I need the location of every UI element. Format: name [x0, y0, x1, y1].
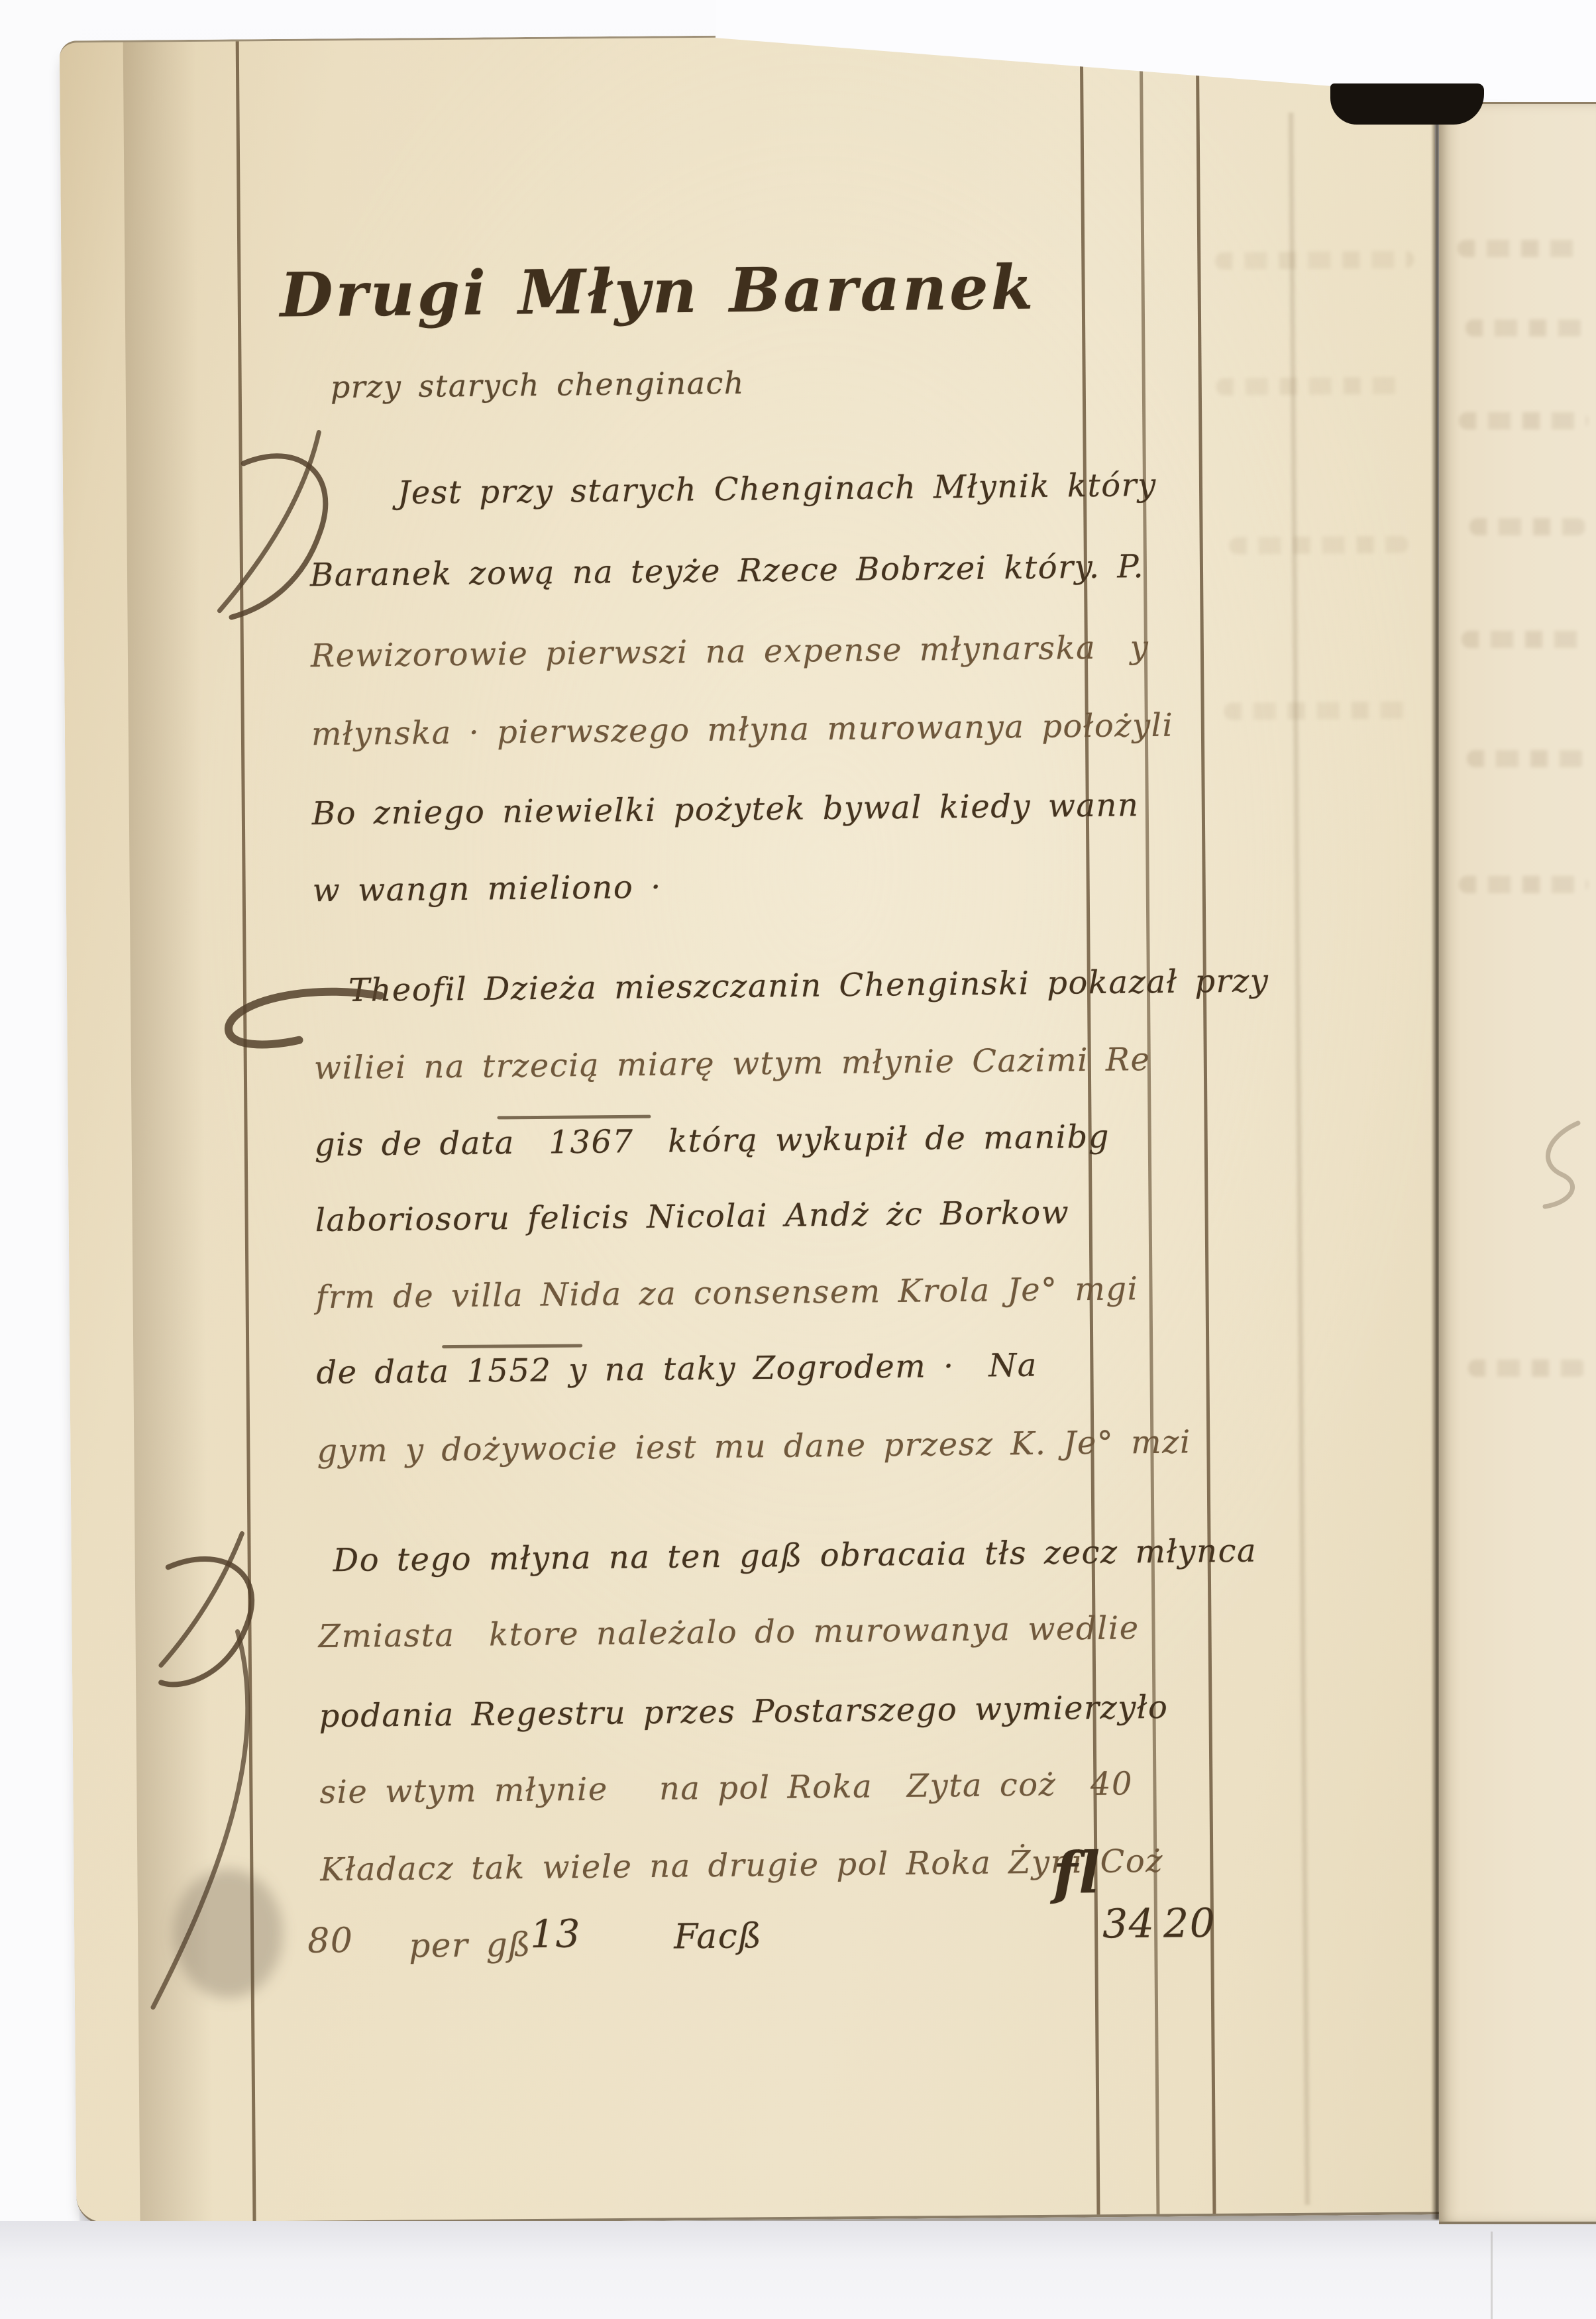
page-title: Drugi Młyn Baranek: [280, 253, 1036, 330]
total-quantity: 80: [307, 1921, 354, 1961]
bleedthrough-mark: [1462, 631, 1587, 648]
date-overline-1552: [442, 1344, 582, 1348]
ledger-rule-3: [1196, 34, 1216, 2214]
manuscript-scan: Drugi Młyn Baranek przy starych chengina…: [0, 0, 1596, 2319]
date-overline-1367: [497, 1115, 651, 1120]
page-subtitle: przy starych chenginach: [330, 363, 745, 407]
ledger-rule-2: [1140, 34, 1160, 2214]
next-page: [1439, 102, 1596, 2224]
bleedthrough-flourish: [1525, 1118, 1591, 1211]
manuscript-line: Jest przy starych Chenginach Młynik któr…: [398, 465, 1157, 513]
book-cover-edge: [1330, 83, 1484, 125]
manuscript-line: de data 1552 y na taky Zogrodem · Na: [316, 1346, 1037, 1393]
manuscript-line: młynska · pierwszego młyna murowanya poł…: [311, 706, 1174, 755]
manuscript-line: gis de data 1367 którą wykupił de manibg: [314, 1117, 1110, 1165]
bleedthrough-mark: [1224, 702, 1413, 720]
manuscript-line: Kładacz tak wiele na drugie pol Roka Żyn…: [320, 1841, 1163, 1890]
paragraph-mark-flourish: [205, 421, 365, 628]
ink-smudge: [173, 1868, 284, 1998]
bleedthrough-mark: [1459, 876, 1588, 893]
manuscript-line: podania Regestru przes Postarszego wymie…: [319, 1688, 1168, 1736]
manuscript-page: Drugi Młyn Baranek przy starych chengina…: [60, 30, 1452, 2225]
manuscript-line: gym y dożywocie iest mu dane przesz K. J…: [317, 1422, 1191, 1471]
manuscript-line: sie wtym młynie na pol Roka Zyta coż 40: [319, 1764, 1133, 1812]
manuscript-line: Zmiasta ktore należalo do murowanya wedl…: [318, 1608, 1140, 1656]
manuscript-line: Baranek zową na teyże Rzece Bobrzei któr…: [310, 547, 1145, 595]
bleedthrough-mark: [1230, 536, 1409, 555]
manuscript-line: laboriosoru felicis Nicolai Andż żc Bork…: [315, 1193, 1069, 1240]
manuscript-line: w wangn mieliono ·: [312, 867, 662, 911]
manuscript-line: wiliei na trzecią miarę wtym młynie Cazi…: [314, 1040, 1151, 1088]
scanner-background-bottom: [0, 2221, 1596, 2319]
manuscript-line: Rewizorowie pierwszi na expense młynarsk…: [311, 627, 1149, 676]
bleedthrough-mark: [1216, 377, 1402, 396]
bleedthrough-mark: [1467, 750, 1586, 767]
bleedthrough-mark: [1459, 412, 1588, 429]
bleedthrough-mark: [1215, 251, 1414, 270]
total-florins: 34: [1102, 1904, 1155, 1945]
total-unit: per gß: [409, 1925, 531, 1966]
manuscript-line: Do tego młyna na ten gaß obracaia tłs ze…: [333, 1531, 1257, 1581]
manuscript-line: Bo zniego niewielki pożytek bywal kiedy …: [312, 785, 1140, 834]
paper-edge-line: [1491, 2232, 1493, 2319]
bleedthrough-mark: [1465, 319, 1585, 337]
bleedthrough-mark: [1469, 518, 1585, 535]
bleedthrough-mark: [1468, 1360, 1586, 1377]
manuscript-line: frm de villa Nida za consensem Krola Je°…: [315, 1269, 1138, 1317]
page-crease: [1287, 113, 1312, 2205]
facit-label: Facß: [674, 1916, 763, 1957]
initial-swash-flourish: [218, 981, 388, 1059]
total-groschen: 20: [1163, 1904, 1216, 1944]
bleedthrough-mark: [1458, 240, 1583, 257]
florin-sign: fl: [1053, 1853, 1101, 1894]
total-rate: 13: [530, 1914, 581, 1954]
manuscript-line: Theofil Dzieża mieszczanin Chenginski po…: [348, 961, 1269, 1010]
